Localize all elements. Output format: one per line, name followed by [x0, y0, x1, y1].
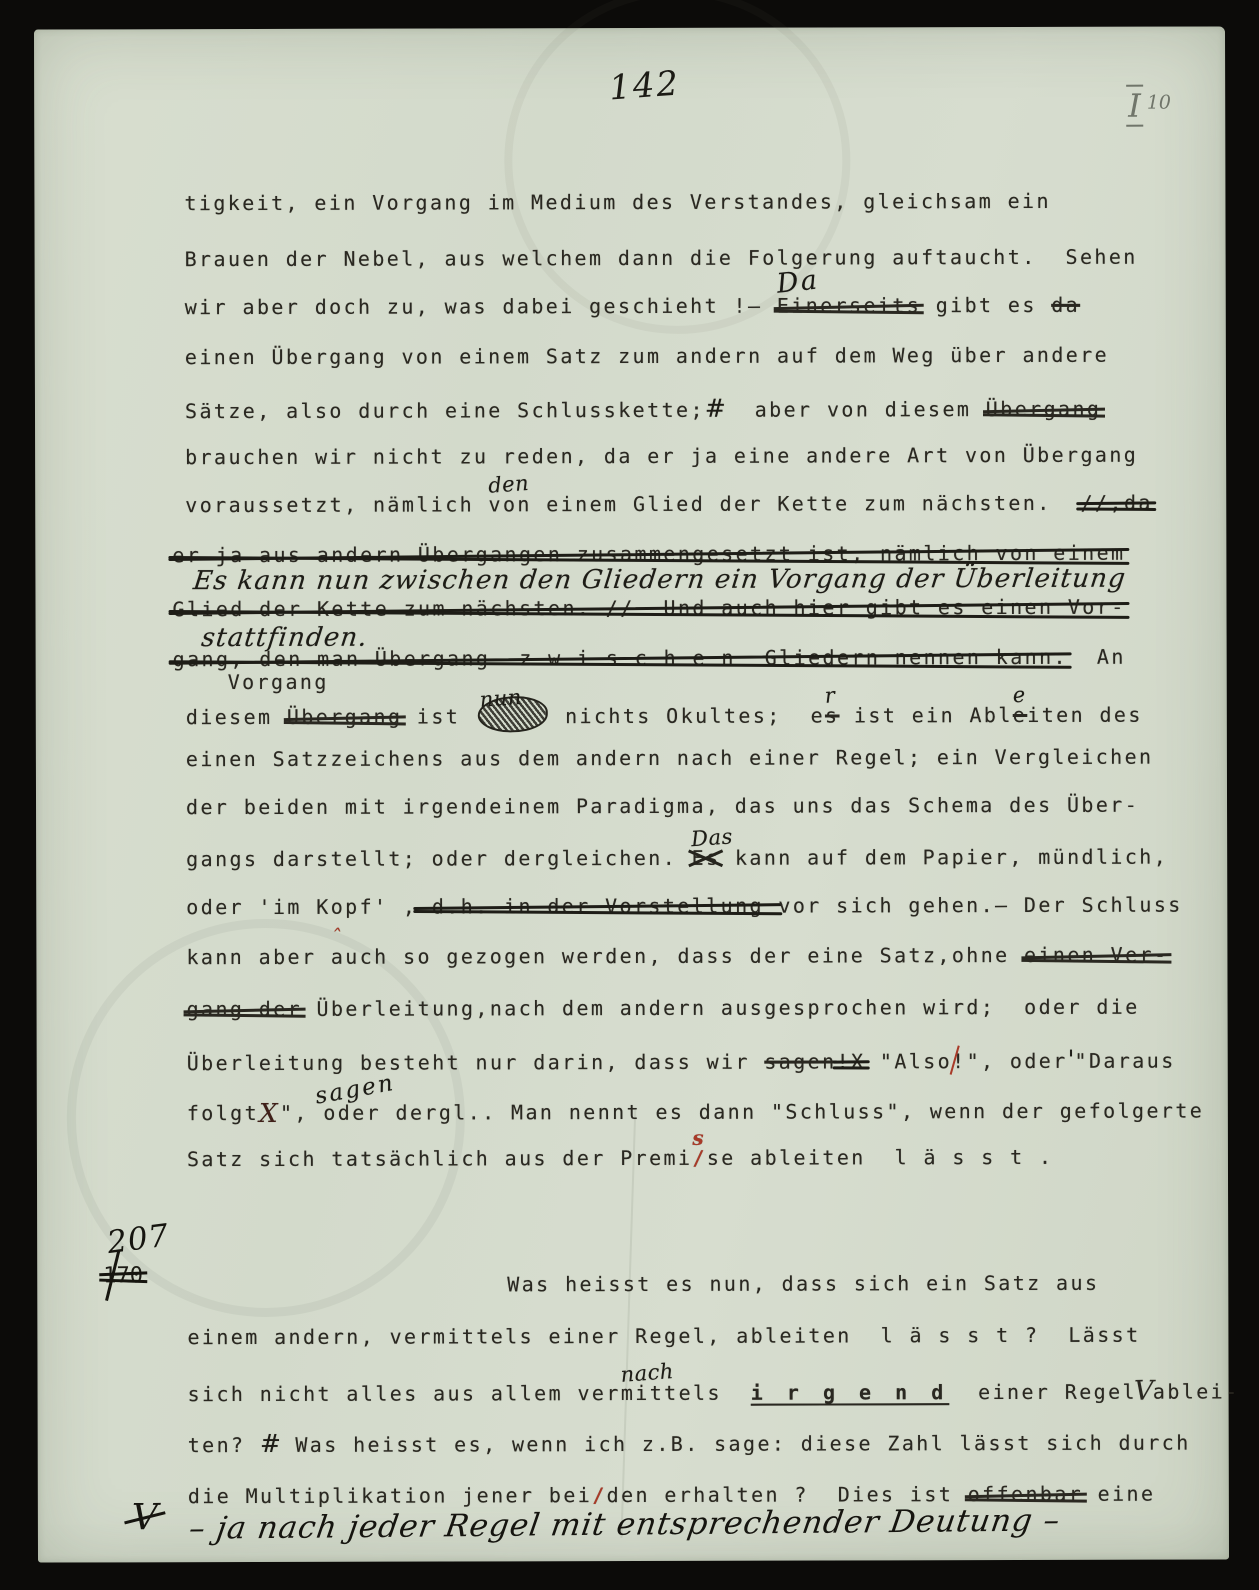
typescript-line: Sätze, also durch eine Schlusskette;# ab… [185, 393, 1101, 424]
text-segment: ist ein Abl [839, 703, 1012, 727]
typescript-line: kann aber auchˆ so gezogen werden, dass … [186, 943, 1168, 970]
text-segment: X [259, 1099, 280, 1129]
typescript-page: 142 I10 207 170 tigkeit, ein Vorgang im … [34, 26, 1229, 1562]
folio-roman-numeral: I [1126, 85, 1143, 127]
typescript-line: der beiden mit irgendeinem Paradigma, da… [186, 793, 1139, 819]
text-segment: EinerseitsDa [777, 293, 921, 317]
margin-number-struck: 170 [103, 1263, 143, 1288]
text-segment: !X [837, 1049, 866, 1073]
text-segment: gang, den man Übergang z w i s c h e n G… [173, 645, 1068, 671]
text-segment: die Multiplikation jener bei [188, 1483, 592, 1508]
text-segment: Übergang [986, 397, 1102, 421]
typescript-line: Brauen der Nebel, aus welchem dann die F… [185, 245, 1138, 271]
text-segment: # [705, 394, 726, 423]
text-segment: sr [825, 703, 840, 727]
typescript-line: einen Satzzeichens aus dem andern nach e… [186, 745, 1154, 772]
margin-remark-number: 207 [105, 1218, 171, 1261]
text-segment: ablei- [1153, 1379, 1240, 1403]
typescript-line: gang der Überleitung,nach dem andern aus… [187, 995, 1140, 1021]
insertion-v-mark: V [132, 1497, 158, 1538]
interlinear-insertion: Da [775, 264, 821, 299]
text-segment: Es kann nun zwischen den Gliedern ein Vo… [192, 564, 1128, 596]
text-segment: oder dergl.. Man nennt es dann "Schluss"… [323, 1099, 1204, 1125]
text-segment: # [260, 1429, 281, 1458]
typescript-line: tigkeit, ein Vorgang im Medium des Verst… [184, 189, 1051, 215]
text-segment: diesem [186, 705, 287, 729]
typescript-body: tigkeit, ein Vorgang im Medium des Verst… [34, 26, 1225, 29]
typescript-line: wir aber doch zu, was dabei geschieht !–… [185, 293, 1080, 319]
text-segment: kann aber [186, 945, 330, 969]
text-segment: //,da [1081, 491, 1153, 515]
interlinear-insertion: r [824, 683, 836, 708]
typescript-line: gang, den man Übergang z w i s c h e n G… [173, 645, 1126, 671]
typescript-line: Es kann nun zwischen den Gliedern ein Vo… [193, 564, 1126, 596]
text-segment: Überleitung,nach dem andern ausgesproche… [302, 995, 1140, 1021]
text-segment: Übergang [287, 705, 403, 729]
text-segment: brauchen wir nicht zu reden, da er ja ei… [185, 443, 1138, 469]
text-segment: "Also [865, 1049, 952, 1073]
text-segment: Sätze, also durch eine Schlusskette; [185, 398, 705, 423]
text-segment: der beiden mit irgendeinem Paradigma, da… [186, 793, 1139, 819]
interlinear-insertion: ˆ [331, 925, 343, 949]
interlinear-insertion: s [692, 1126, 706, 1150]
text-segment: einer Regel [949, 1380, 1137, 1404]
text-segment: se ableiten l ä s s t . [707, 1145, 1054, 1170]
typescript-line: einem andern, vermittels einer Regel, ab… [187, 1323, 1140, 1349]
text-segment: Was heisst es nun, dass sich ein Satz au… [507, 1271, 1099, 1297]
text-segment: /s [692, 1146, 707, 1170]
text-segment: so gezogen werden, dass der eine Satz,oh… [389, 943, 1024, 969]
text-segment: da [1051, 293, 1080, 317]
typescript-line: oder 'im Kopf' , d.h. in der Vorstellung… [186, 893, 1183, 920]
text-segment: ee [1013, 703, 1028, 727]
typescript-line: Überleitung besteht nur darin, dass wir … [187, 1045, 1176, 1077]
manuscript-scan: 142 I10 207 170 tigkeit, ein Vorgang im … [0, 0, 1259, 1590]
typescript-line: gangs darstellt; oder dergleichen. EsDas… [186, 845, 1168, 872]
text-segment: gibt es [921, 293, 1051, 317]
text-segment: wir aber doch zu, was dabei geschieht !– [185, 294, 777, 320]
text-segment: aber von diesem [726, 397, 986, 422]
text-segment: ", oder [967, 1049, 1068, 1073]
text-segment: voraussetzt, nämlich [185, 492, 488, 517]
text-segment: vor sich gehen.– Der Schluss [778, 893, 1182, 918]
text-segment: iten des [1027, 703, 1143, 727]
pencil-folio-reference: I10 [1126, 87, 1167, 125]
text-segment: d.h. in der Vorstellung [417, 894, 778, 919]
text-segment: tigkeit, ein Vorgang im Medium des Verst… [184, 189, 1051, 215]
text-segment: mittelsnach [621, 1381, 722, 1405]
text-segment: ' [1068, 1045, 1075, 1074]
text-segment: Vorgang [228, 670, 329, 694]
text-segment: ten? [188, 1433, 260, 1457]
text-segment: sich nicht alles aus allem ver [188, 1381, 621, 1406]
interlinear-insertion: e [1012, 683, 1027, 708]
text-segment: auchˆ [331, 945, 389, 969]
text-segment: "Daraus [1074, 1049, 1175, 1073]
text-segment: Satz sich tatsächlich aus der Premi [187, 1146, 692, 1171]
text-segment: gang der [187, 997, 303, 1021]
text-segment [722, 1381, 751, 1405]
text-segment: einem Glied der Kette zum nächsten. [532, 491, 1081, 516]
text-segment: / [592, 1483, 607, 1507]
typescript-line: folgtX", oder dergl.. Man nennt es dann … [187, 1095, 1204, 1128]
typescript-line: voraussetzt, nämlich vonden einem Glied … [185, 491, 1153, 518]
text-segment: folgt [187, 1101, 259, 1125]
handwritten-sheet-number: 142 [608, 63, 682, 108]
text-segment: i r g e n d [751, 1380, 950, 1405]
typescript-line: Satz sich tatsächlich aus der Premi/sse … [187, 1145, 1054, 1171]
text-segment: Was heisst es, wenn ich z.B. sage: diese… [281, 1431, 1191, 1457]
text-segment: ! [952, 1049, 967, 1073]
text-segment: nichts Okultes; e [551, 703, 825, 728]
text-segment: sagen [764, 1049, 836, 1073]
interlinear-insertion: nach [620, 1359, 675, 1387]
text-segment: oder 'im Kopf' , [186, 895, 417, 920]
text-segment: einen Übergang von einem Satz zum andern… [185, 343, 1109, 369]
text-segment: kann auf dem Papier, mündlich, [720, 845, 1168, 870]
text-segment: ist [402, 704, 474, 728]
interlinear-insertion: den [488, 471, 531, 498]
interlinear-insertion: nun [479, 685, 523, 712]
folio-number: 10 [1147, 92, 1171, 114]
text-segment: gangs darstellt; oder dergleichen. [186, 846, 691, 871]
text-segment: einen Ver- [1024, 943, 1168, 967]
text-segment: Brauen der Nebel, aus welchem dann die F… [185, 245, 1138, 271]
typescript-line: ten? # Was heisst es, wenn ich z.B. sage… [188, 1427, 1191, 1459]
text-segment: An [1068, 645, 1126, 669]
typescript-line: Was heisst es nun, dass sich ein Satz au… [507, 1271, 1099, 1297]
typescript-line: diesem Übergang ist nun nichts Okultes; … [186, 695, 1143, 734]
scribble-deletion: nun [478, 696, 548, 732]
typescript-line: brauchen wir nicht zu reden, da er ja ei… [185, 443, 1138, 469]
text-segment: vonden [488, 492, 531, 516]
typescript-line: einen Übergang von einem Satz zum andern… [185, 343, 1109, 369]
text-segment: Überleitung besteht nur darin, dass wir [187, 1050, 765, 1076]
typescript-line: sich nicht alles aus allem vermittelsnac… [188, 1374, 1240, 1408]
text-segment: Glied der Kette zum nächsten. // Und auc… [172, 595, 1125, 621]
typescript-line: Vorgang [228, 670, 329, 694]
text-segment: einen Satzzeichens aus dem andern nach e… [186, 745, 1154, 772]
text-segment: EsDas [692, 846, 721, 870]
typescript-line: Glied der Kette zum nächsten. // Und auc… [172, 595, 1125, 621]
text-segment: einem andern, vermittels einer Regel, ab… [187, 1323, 1140, 1349]
